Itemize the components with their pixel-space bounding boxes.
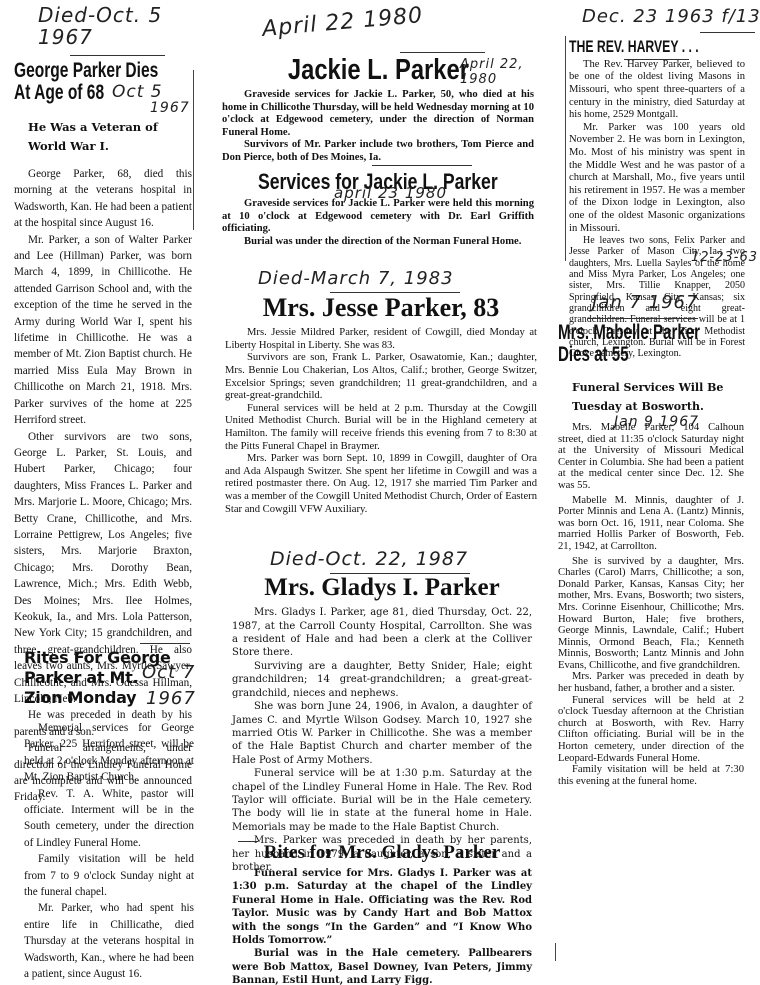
paragraph: Family visitation will be held from 7 to…	[24, 851, 194, 900]
handwritten-note: Oct 5	[112, 82, 163, 102]
column-border	[193, 70, 194, 230]
paragraph: Surviving are a daughter, Betty Snider, …	[232, 660, 532, 700]
paragraph: Graveside services for Jackie L. Parker …	[222, 198, 534, 236]
handwritten-date-jackie: April 22 1980	[261, 3, 424, 42]
handwritten-date-mabelle: Jan 7 1967	[592, 292, 698, 313]
obituary-jesse-parker: Mrs. Jesse Parker, 83 Mrs. Jessie Mildre…	[225, 294, 537, 516]
handwritten-note: april 23 1980	[334, 184, 447, 202]
paragraph: Mr. Parker, who had spent his entire lif…	[24, 900, 194, 982]
column-border	[565, 36, 566, 261]
paragraph: Burial was in the Hale cemetery. Pallbea…	[232, 947, 532, 985]
headline: Mrs. Mabelle Parker Dies at 55	[558, 322, 744, 370]
divider	[238, 841, 258, 842]
article-body: Mrs. Gladys I. Parker, age 81, died Thur…	[232, 606, 532, 874]
paragraph: Memorial services for George Parker, 225…	[24, 720, 194, 786]
column-border	[555, 943, 556, 961]
paragraph: Graveside services for Jackie L. Parker,…	[222, 89, 534, 139]
headline-line-1: Mrs. Mabelle Parker	[558, 322, 692, 344]
obituary-mabelle-parker: Mrs. Mabelle Parker Dies at 55 Funeral S…	[558, 322, 744, 787]
article-body: Graveside services for Jackie L. Parker,…	[222, 89, 534, 165]
article-body: Funeral service for Mrs. Gladys I. Parke…	[232, 867, 532, 985]
paragraph: George Parker, 68, died this morning at …	[14, 166, 192, 232]
paragraph: Mrs. Mabelle Parker, 104 Calhoun street,…	[558, 422, 744, 492]
divider	[140, 643, 190, 644]
paragraph: Mr. Parker, a son of Walter Parker and L…	[14, 232, 192, 429]
handwritten-note: 1967	[150, 100, 190, 116]
headline-line-1: George Parker Dies	[14, 60, 146, 82]
divider	[588, 318, 698, 319]
handwritten-date-george: Died-Oct. 5 1967	[38, 4, 162, 48]
obituary-rites-george-parker: Rites For George Parker at Mt. Zion Mond…	[24, 648, 194, 983]
obituary-rites-gladys-parker: Rites for Mrs. Gladys Parker Funeral ser…	[232, 843, 532, 985]
headline: Mrs. Gladys I. Parker	[232, 575, 532, 601]
headline: Rites for Mrs. Gladys Parker	[232, 843, 532, 863]
divider	[70, 55, 165, 56]
handwritten-date-gladys: Died-Oct. 22, 1987	[270, 548, 468, 570]
paragraph: Mrs. Parker was preceded in death by her…	[558, 671, 744, 694]
paragraph: Mr. Parker was 100 years old November 2.…	[569, 122, 745, 235]
subheadline-line-1: He Was a Veteran of	[28, 118, 192, 137]
subheadline-line-2: World War I.	[28, 137, 192, 156]
handwritten-note: 12-23-63	[691, 250, 758, 265]
headline: THE REV. HARVEY . . .	[569, 38, 696, 56]
divider	[400, 52, 485, 53]
subheadline: Funeral Services Will Be Tuesday at Bosw…	[558, 378, 744, 416]
paragraph: Funeral service for Mrs. Gladys I. Parke…	[232, 867, 532, 947]
obituary-services-jackie-parker: Services for Jackie L. Parker april 23 1…	[222, 170, 534, 248]
paragraph: Mrs. Parker was born Sept. 10, 1899 in C…	[225, 453, 537, 516]
paragraph: Mabelle M. Minnis, daughter of J. Porter…	[558, 495, 744, 553]
handwritten-date-jesse: Died-March 7, 1983	[258, 268, 454, 289]
paragraph: She was born June 24, 1906, in Avalon, a…	[232, 700, 532, 767]
article-body: The Rev. Harvey Parker, believed to be o…	[569, 59, 745, 360]
subheadline: He Was a Veteran of World War I.	[14, 118, 192, 156]
paragraph: Rev. T. A. White, pastor will officiate.…	[24, 786, 194, 852]
handwritten-note: Oct 7	[142, 662, 195, 683]
paragraph: Mrs. Gladys I. Parker, age 81, died Thur…	[232, 606, 532, 660]
article-body: Mrs. Jessie Mildred Parker, resident of …	[225, 327, 537, 516]
headline-line-2: Dies at 55	[558, 344, 692, 366]
obituary-gladys-parker: Mrs. Gladys I. Parker Mrs. Gladys I. Par…	[232, 575, 532, 874]
paragraph: The Rev. Harvey Parker, believed to be o…	[569, 59, 745, 122]
headline: Mrs. Jesse Parker, 83	[225, 294, 537, 321]
paragraph: Funeral services will be held at 2 o'clo…	[558, 695, 744, 765]
obituary-jackie-parker: Jackie L. Parker April 22, 1980 Gravesid…	[222, 55, 534, 165]
divider	[372, 165, 472, 166]
handwritten-note: April 22, 1980	[460, 57, 526, 87]
handwritten-note: 1967	[146, 688, 196, 709]
handwritten-note: Jan 9 1967	[614, 414, 699, 430]
paragraph: Survivors are son, Frank L. Parker, Osaw…	[225, 352, 537, 402]
divider	[624, 59, 689, 60]
paragraph: Survivors of Mr. Parker include two brot…	[222, 139, 534, 164]
subheadline-line-1: Funeral Services Will Be	[572, 378, 744, 397]
paragraph: Funeral service will be at 1:30 p.m. Sat…	[232, 767, 532, 834]
article-body: Memorial services for George Parker, 225…	[24, 720, 194, 983]
divider	[700, 32, 755, 33]
paragraph: Burial was under the direction of the No…	[222, 236, 534, 249]
headline-text: Jackie L. Parker	[287, 55, 468, 85]
article-body: Graveside services for Jackie L. Parker …	[222, 198, 534, 248]
paragraph: Family visitation will be held at 7:30 t…	[558, 764, 744, 787]
paragraph: Funeral services will be held at 2 p.m. …	[225, 403, 537, 453]
paragraph: She is survived by a daughter, Mrs. Char…	[558, 556, 744, 672]
paragraph: Mrs. Jessie Mildred Parker, resident of …	[225, 327, 537, 352]
handwritten-date-harvey: Dec. 23 1963 f/13	[582, 6, 760, 27]
article-body: Mrs. Mabelle Parker, 104 Calhoun street,…	[558, 422, 744, 787]
